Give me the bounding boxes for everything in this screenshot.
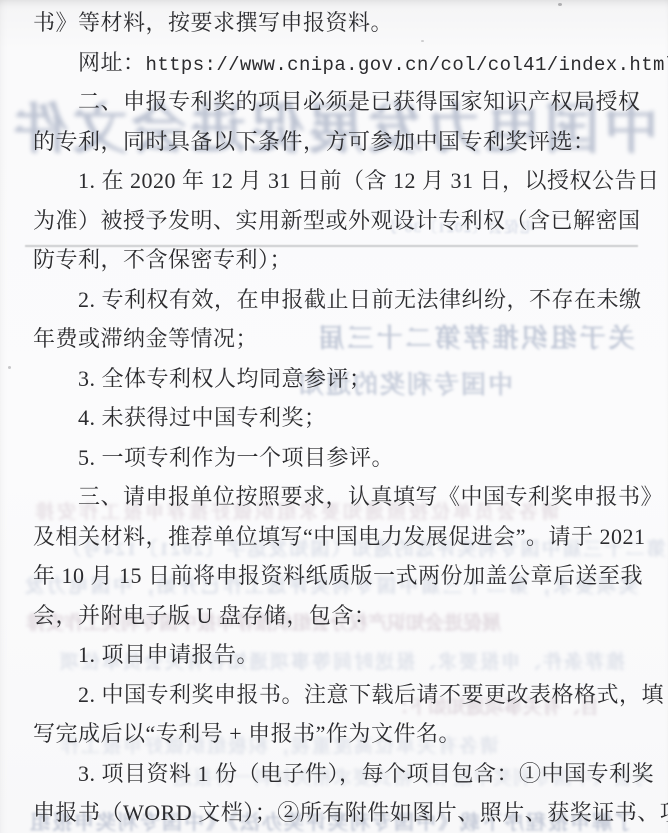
document-text: 及相关材料，推荐单位填写“中国电力发展促进会”。请于 2021 [33,524,646,549]
document-text: 2. 专利权有效，在申报截止日前无法律纠纷，不存在未缴 [78,287,642,312]
document-text: 1. 在 2020 年 12 月 31 日前（含 12 月 31 日，以授权公告… [78,168,660,193]
document-line: 1. 在 2020 年 12 月 31 日前（含 12 月 31 日，以授权公告… [33,161,645,201]
document-text: 3. 项目资料 1 份（电子件），每个项目包含：①中国专利奖 [78,761,654,786]
scan-speck [558,3,562,6]
document-line: 年 10 月 15 日前将申报资料纸质版一式两份加盖公章后送至我 [33,556,645,596]
document-text: 年 10 月 15 日前将申报资料纸质版一式两份加盖公章后送至我 [33,563,643,588]
document-text-body: 书》等材料，按要求撰写申报资料。网址：https://www.cnipa.gov… [33,3,645,833]
document-line: 三、请申报单位按照要求，认真填写《中国专利奖申报书》 [33,477,645,517]
document-text: 会，并附电子版 U 盘存储，包含： [33,603,376,628]
document-line: 会，并附电子版 U 盘存储，包含： [33,596,645,636]
document-text: 为准）被授予发明、实用新型或外观设计专利权（含已解密国 [33,208,641,233]
document-line: 书》等材料，按要求撰写申报资料。 [33,3,645,43]
document-line: 3. 全体专利权人均同意参评； [33,359,645,399]
scan-speck [421,40,424,42]
document-line: 防专利，不含保密专利）； [33,240,645,280]
document-url-text: https://www.cnipa.gov.cn/col/col41/index… [146,54,668,76]
scanned-document-page: 中国电力发展促进会文件电促会〔2021〕36号关于组织推荐第二十三届中国专利奖的… [0,0,668,833]
document-text: 三、请申报单位按照要求，认真填写《中国专利奖申报书》 [78,484,663,509]
document-text: 二、申报专利奖的项目必须是已获得国家知识产权局授权 [78,89,641,114]
document-line: 及相关材料，推荐单位填写“中国电力发展促进会”。请于 2021 [33,517,645,557]
document-line: 的专利，同时具备以下条件，方可参加中国专利奖评选： [33,122,645,162]
document-text: 4. 未获得过中国专利奖； [78,405,327,430]
document-text: 书》等材料，按要求撰写申报资料。 [33,10,393,35]
document-line: 3. 项目资料 1 份（电子件），每个项目包含：①中国专利奖 [33,754,645,794]
document-line: 1. 项目申请报告。 [33,635,645,675]
document-line: 网址：https://www.cnipa.gov.cn/col/col41/in… [33,43,645,83]
document-text: 3. 全体专利权人均同意参评； [78,366,372,391]
document-line: 5. 一项专利作为一个项目参评。 [33,438,645,478]
document-text: 申报书（WORD 文档）；②所有附件如图片、照片、获奖证书、项 [33,800,668,825]
document-line: 4. 未获得过中国专利奖； [33,398,645,438]
document-line: 申报书（WORD 文档）；②所有附件如图片、照片、获奖证书、项 [33,793,645,833]
document-line: 二、申报专利奖的项目必须是已获得国家知识产权局授权 [33,82,645,122]
document-text: 1. 项目申请报告。 [78,642,259,667]
document-line: 为准）被授予发明、实用新型或外观设计专利权（含已解密国 [33,201,645,241]
document-text: 的专利，同时具备以下条件，方可参加中国专利奖评选： [33,129,596,154]
document-text: 5. 一项专利作为一个项目参评。 [78,445,394,470]
document-line: 年费或滞纳金等情况； [33,319,645,359]
document-text: 2. 中国专利奖申报书。注意下载后请不要更改表格格式，填 [78,682,664,707]
document-line: 2. 专利权有效，在申报截止日前无法律纠纷，不存在未缴 [33,280,645,320]
document-text: 写完成后以“专利号 + 申报书”作为文件名。 [33,721,461,746]
document-line: 2. 中国专利奖申报书。注意下载后请不要更改表格格式，填 [33,675,645,715]
document-line: 写完成后以“专利号 + 申报书”作为文件名。 [33,714,645,754]
scan-speck [8,366,11,369]
document-text: 年费或滞纳金等情况； [33,326,258,351]
document-text: 网址： [78,50,146,75]
document-text: 防专利，不含保密专利）； [33,247,292,272]
